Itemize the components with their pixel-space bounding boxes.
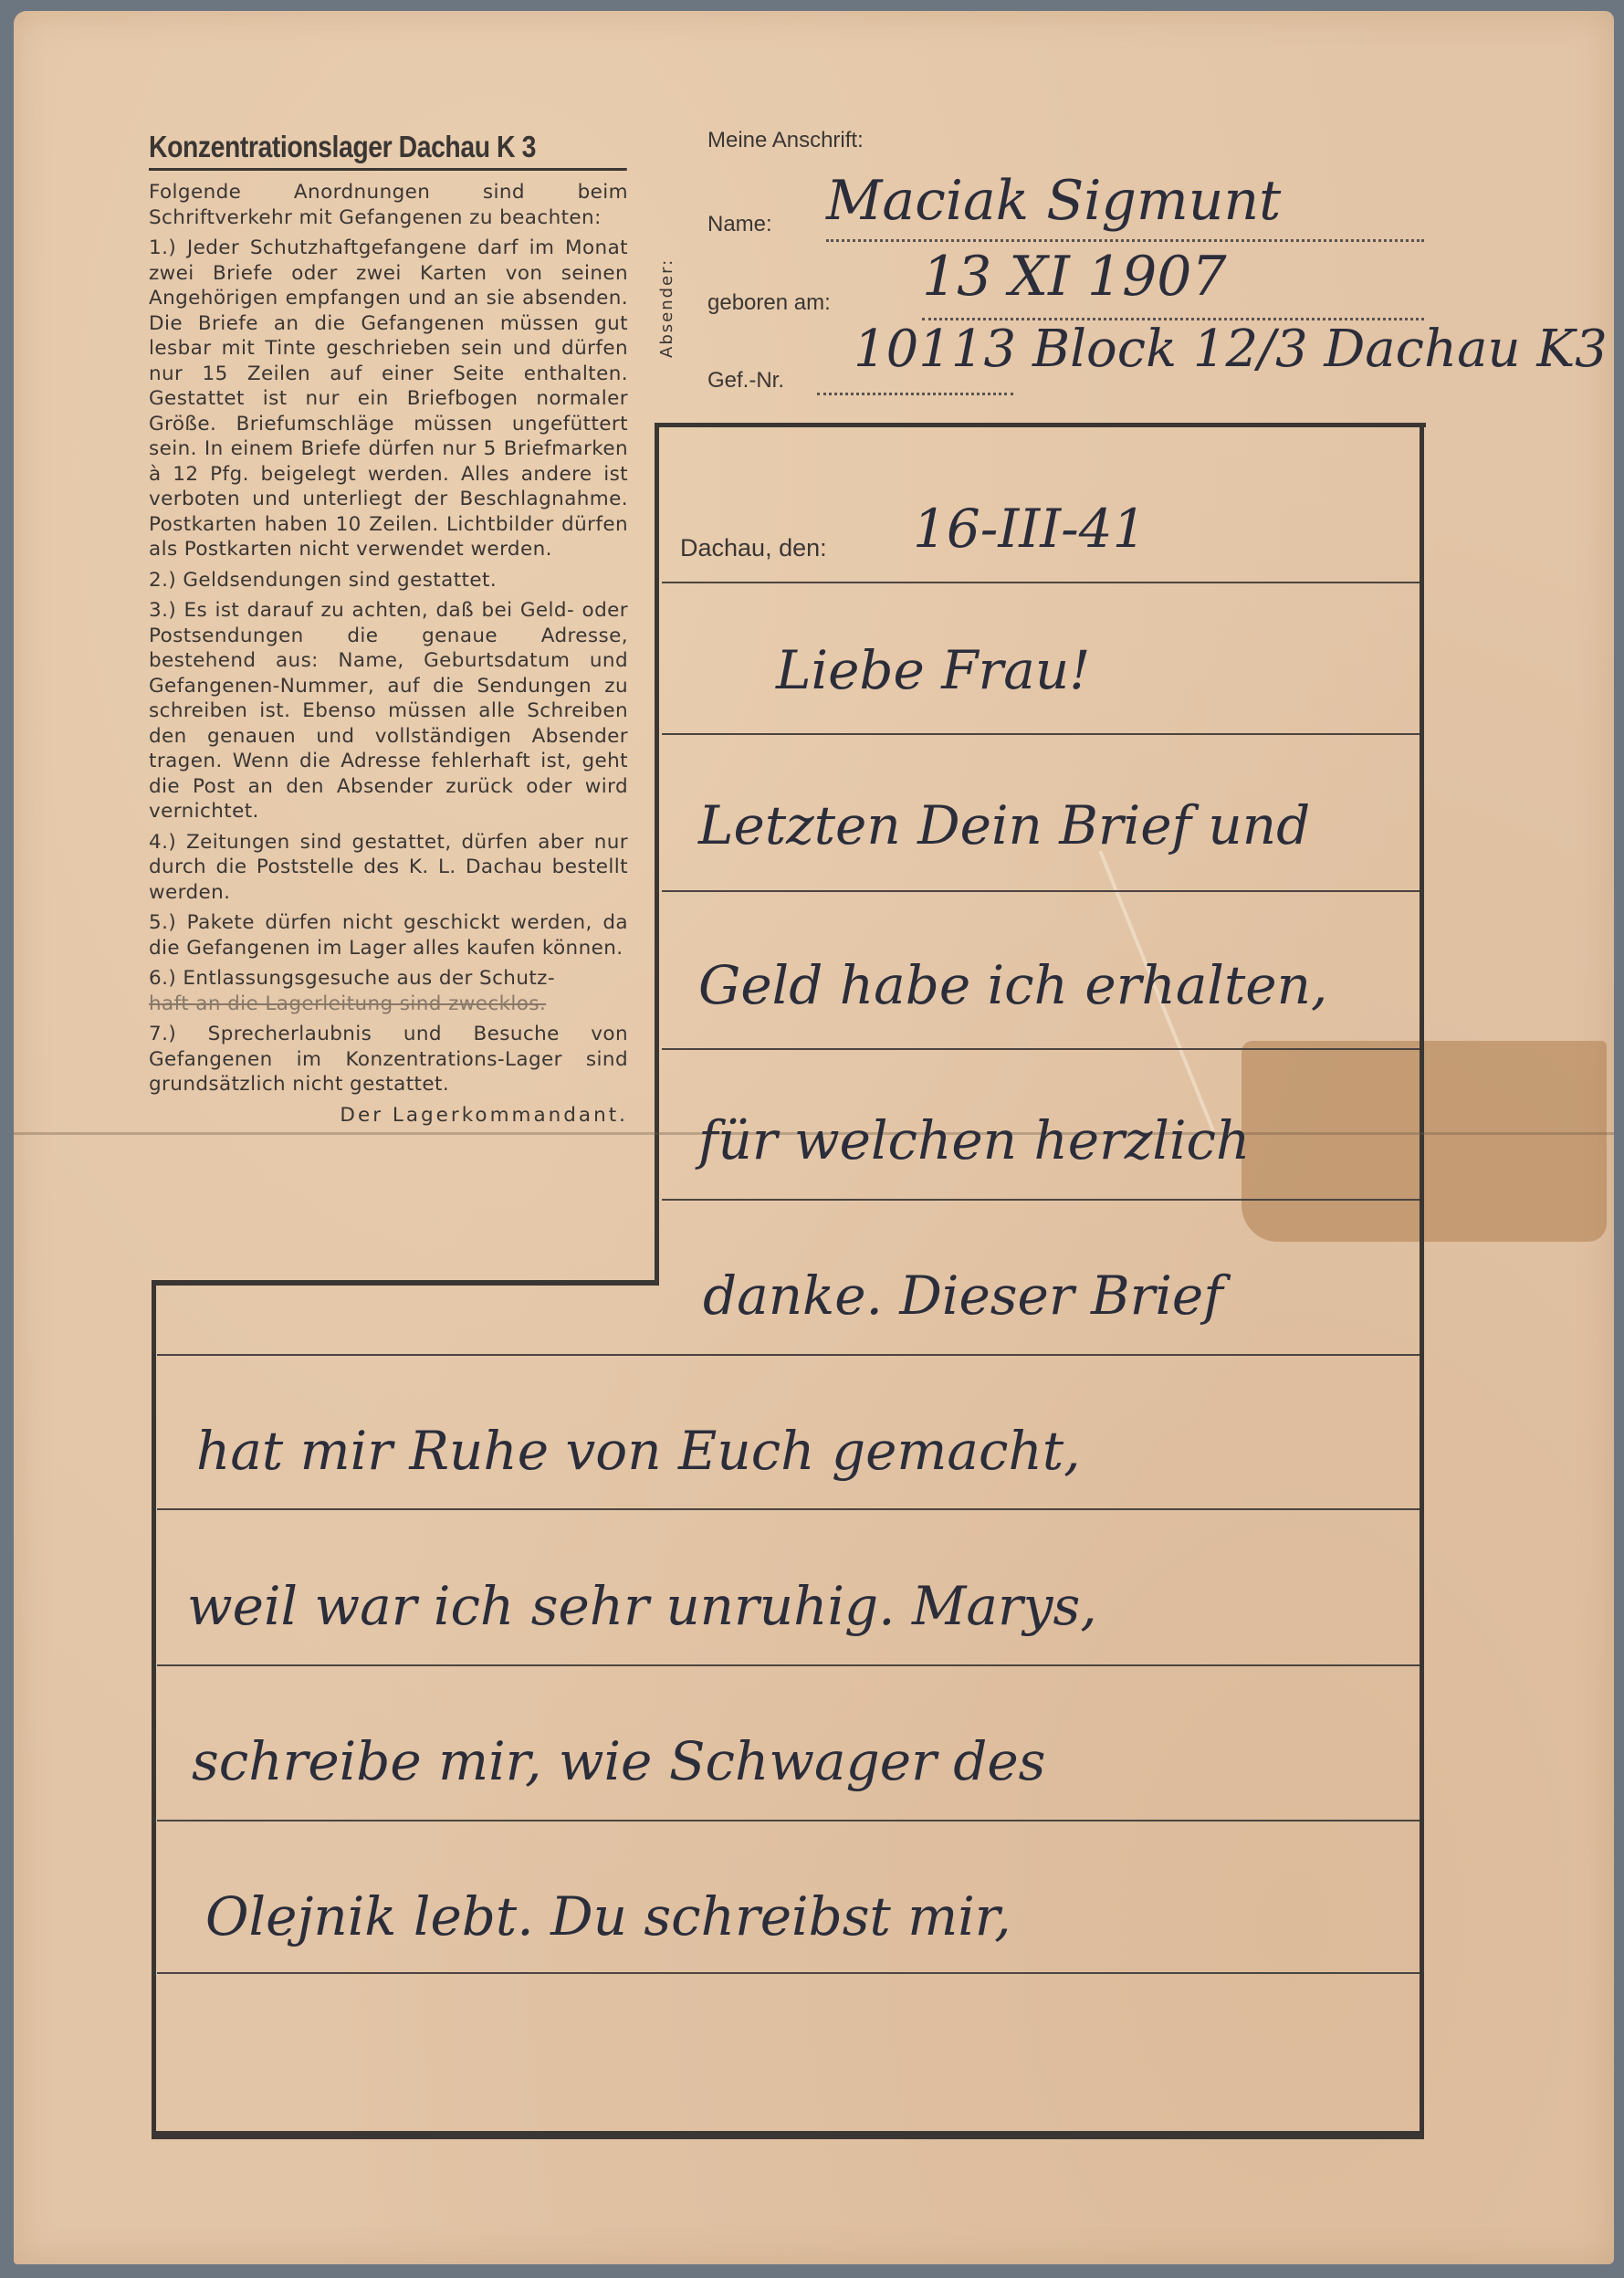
ruled-line (662, 1048, 1420, 1050)
regulations-panel: Konzentrationslager Dachau K 3 Folgende … (149, 128, 628, 1128)
letter-line-6: hat mir Ruhe von Euch gemacht, (196, 1420, 1081, 1482)
form-title: Konzentrationslager Dachau K 3 (149, 128, 627, 171)
ruled-line (157, 1508, 1420, 1510)
number-value: 10113 Block 12/3 Dachau K3 (854, 320, 1608, 379)
ruled-line (157, 1820, 1420, 1821)
regulations-intro: Folgende Anordnungen sind beim Schriftve… (149, 180, 628, 230)
rule-2: 2.) Geldsendungen sind gestattet. (149, 568, 628, 593)
ruled-line (662, 890, 1420, 892)
date-value: 16-III-41 (913, 498, 1147, 560)
letter-line-2: Letzten Dein Brief und (698, 794, 1310, 856)
rule-7: 7.) Sprecherlaubnis und Besuche von Gefa… (149, 1022, 628, 1097)
frame-step (152, 1280, 659, 1286)
sender-side-label: Absender: (657, 258, 676, 358)
frame-upper-left (655, 423, 659, 1283)
ruled-line (662, 582, 1420, 583)
number-dotted-line (817, 393, 1013, 395)
name-label: Name: (707, 212, 772, 237)
frame-right (1420, 423, 1424, 2139)
address-heading: Meine Anschrift: (707, 128, 864, 153)
letter-line-1: Liebe Frau! (776, 639, 1091, 701)
born-label: geboren am: (707, 290, 831, 316)
name-value: Maciak Sigmunt (826, 169, 1281, 233)
ruled-line (157, 1972, 1420, 1974)
number-label: Gef.-Nr. (707, 368, 784, 394)
ruled-line (157, 1354, 1420, 1356)
letter-line-5: danke. Dieser Brief (703, 1265, 1223, 1327)
date-label: Dachau, den: (680, 534, 827, 562)
born-value: 13 XI 1907 (922, 245, 1227, 309)
rule-5: 5.) Pakete dürfen nicht geschickt werden… (149, 910, 628, 961)
letter-line-3: Geld habe ich erhalten, (698, 954, 1327, 1016)
ruled-line (662, 1199, 1420, 1201)
ruled-line (157, 1664, 1420, 1666)
letter-line-8: schreibe mir, wie Schwager des (192, 1730, 1045, 1792)
letter-line-9: Olejnik lebt. Du schreibst mir, (205, 1885, 1011, 1947)
frame-bottom (152, 2131, 1424, 2139)
water-stain (1242, 1041, 1607, 1242)
rule-3: 3.) Es ist darauf zu achten, daß bei Gel… (149, 598, 628, 824)
signature: Der Lagerkommandant. (149, 1103, 628, 1129)
letter-line-7: weil war ich sehr unruhig. Marys, (187, 1575, 1097, 1637)
rule-6: 6.) Entlassungsgesuche aus der Schutz- (149, 966, 628, 992)
rule-6-continued: haft an die Lagerleitung sind zwecklos. (149, 992, 628, 1017)
rule-1: 1.) Jeder Schutzhaftgefangene darf im Mo… (149, 236, 628, 562)
rule-4: 4.) Zeitungen sind gestattet, dürfen abe… (149, 830, 628, 906)
name-dotted-line (826, 239, 1424, 242)
letter-line-4: für welchen herzlich (698, 1109, 1250, 1171)
frame-top (655, 423, 1426, 427)
frame-lower-left (152, 1280, 156, 2138)
ruled-line (662, 733, 1420, 735)
